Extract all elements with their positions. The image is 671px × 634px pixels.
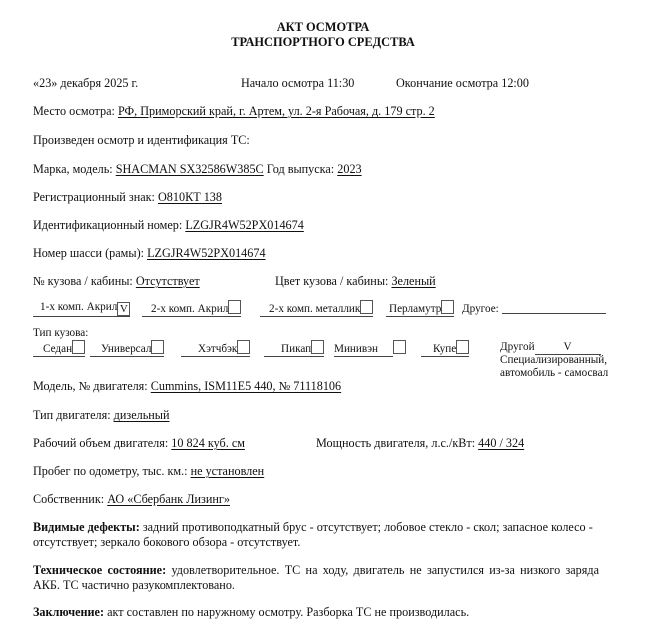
- mileage-value: не установлен: [191, 464, 265, 478]
- engine-model-value: Cummins, ISM11E5 440, № 71118106: [151, 379, 341, 393]
- engine-type-row: Тип двигателя: дизельный: [33, 408, 170, 423]
- make-model-row: Марка, модель: SHACMAN SX32586W385C Год …: [33, 162, 362, 177]
- inspection-date: «23» декабря 2025 г.: [33, 76, 138, 91]
- body-type-other: ДругойV: [500, 340, 601, 355]
- make-model-value: SHACMAN SX32586W385C: [116, 162, 264, 176]
- conclusion-label: Заключение:: [33, 605, 104, 619]
- vin-label: Идентификационный номер:: [33, 218, 182, 232]
- body-number-value: Отсутствует: [136, 274, 200, 288]
- paint-option-3[interactable]: 2-х комп. металлик: [260, 300, 373, 317]
- paint-option-label: 2-х комп. металлик: [269, 303, 360, 315]
- body-number-row: № кузова / кабины: Отсутствует: [33, 274, 200, 289]
- body-type-option-label: Минивэн: [334, 343, 378, 355]
- mileage-label: Пробег по одометру, тыс. км.:: [33, 464, 188, 478]
- checkbox[interactable]: [456, 340, 469, 354]
- body-type-sedan[interactable]: Седан: [33, 340, 85, 357]
- paint-option-4[interactable]: Перламутр: [386, 300, 454, 317]
- engine-model-label: Модель, № двигателя:: [33, 379, 148, 393]
- paint-option-label: 2-х комп. Акрил: [151, 303, 228, 315]
- conclusion-paragraph: Заключение: акт составлен по наружному о…: [33, 605, 599, 620]
- chassis-value: LZGJR4W52PX014674: [147, 246, 266, 260]
- paint-other-field[interactable]: [502, 300, 606, 314]
- checkbox[interactable]: [311, 340, 324, 354]
- owner-value: АО «Сбербанк Лизинг»: [107, 492, 230, 506]
- engine-type-value: дизельный: [114, 408, 170, 422]
- engine-type-label: Тип двигателя:: [33, 408, 111, 422]
- checkbox[interactable]: [441, 300, 454, 314]
- checkbox[interactable]: [151, 340, 164, 354]
- body-type-other-text-1: Специализированный,: [500, 354, 607, 366]
- inspection-start: Начало осмотра 11:30: [241, 76, 354, 91]
- defects-label: Видимые дефекты:: [33, 520, 140, 534]
- body-number-label: № кузова / кабины:: [33, 274, 133, 288]
- document-title-line1: АКТ ОСМОТРА: [0, 20, 646, 35]
- body-color-label: Цвет кузова / кабины:: [275, 274, 388, 288]
- make-model-label: Марка, модель:: [33, 162, 113, 176]
- intro-text: Произведен осмотр и идентификация ТС:: [33, 133, 250, 148]
- engine-power-label: Мощность двигателя, л.с./кВт:: [316, 436, 475, 450]
- owner-label: Собственник:: [33, 492, 104, 506]
- paint-option-label: Перламутр: [389, 303, 441, 315]
- body-type-other-label: Другой: [500, 341, 535, 353]
- body-type-minivan[interactable]: Минивэн: [334, 340, 406, 357]
- body-type-wagon[interactable]: Универсал: [90, 340, 164, 357]
- body-type-other-text-2: автомобиль - самосвал: [500, 367, 608, 379]
- owner-row: Собственник: АО «Сбербанк Лизинг»: [33, 492, 230, 507]
- engine-model-row: Модель, № двигателя: Cummins, ISM11E5 44…: [33, 379, 341, 394]
- body-type-option-label: Универсал: [101, 343, 151, 355]
- chassis-row: Номер шасси (рамы): LZGJR4W52PX014674: [33, 246, 266, 261]
- place-label: Место осмотра:: [33, 104, 115, 118]
- engine-volume-row: Рабочий объем двигателя: 10 824 куб. см: [33, 436, 245, 451]
- body-type-option-label: Пикап: [281, 343, 311, 355]
- body-type-pickup[interactable]: Пикап: [264, 340, 324, 357]
- engine-volume-value: 10 824 куб. см: [171, 436, 245, 450]
- place-value: РФ, Приморский край, г. Артем, ул. 2-я Р…: [118, 104, 435, 118]
- chassis-label: Номер шасси (рамы):: [33, 246, 144, 260]
- checkbox[interactable]: [237, 340, 250, 354]
- engine-volume-label: Рабочий объем двигателя:: [33, 436, 168, 450]
- tech-state-label: Техническое состояние:: [33, 563, 166, 577]
- year-value: 2023: [337, 162, 361, 176]
- body-type-coupe[interactable]: Купе: [421, 340, 469, 357]
- reg-plate-row: Регистрационный знак: О810КТ 138: [33, 190, 222, 205]
- reg-plate-value: О810КТ 138: [158, 190, 222, 204]
- defects-paragraph: Видимые дефекты: задний противоподкатный…: [33, 520, 599, 550]
- place-row: Место осмотра: РФ, Приморский край, г. А…: [33, 104, 435, 119]
- body-type-hatchback[interactable]: Хэтчбэк: [181, 340, 250, 357]
- body-type-label: Тип кузова:: [33, 327, 88, 339]
- paint-option-2[interactable]: 2-х комп. Акрил: [142, 300, 241, 317]
- mileage-row: Пробег по одометру, тыс. км.: не установ…: [33, 464, 264, 479]
- checkbox[interactable]: [228, 300, 241, 314]
- body-type-option-label: Хэтчбэк: [198, 343, 237, 355]
- engine-power-row: Мощность двигателя, л.с./кВт: 440 / 324: [316, 436, 524, 451]
- body-type-option-label: Седан: [43, 343, 72, 355]
- reg-plate-label: Регистрационный знак:: [33, 190, 155, 204]
- vin-value: LZGJR4W52PX014674: [185, 218, 304, 232]
- document-title-line2: ТРАНСПОРТНОГО СРЕДСТВА: [0, 35, 646, 50]
- inspection-end: Окончание осмотра 12:00: [396, 76, 529, 91]
- vin-row: Идентификационный номер: LZGJR4W52PX0146…: [33, 218, 304, 233]
- body-type-option-label: Купе: [433, 343, 456, 355]
- year-label: Год выпуска:: [267, 162, 334, 176]
- checkbox[interactable]: [360, 300, 373, 314]
- checkbox-checked[interactable]: V: [117, 302, 130, 316]
- paint-other: Другое:: [462, 300, 606, 315]
- paint-other-label: Другое:: [462, 303, 499, 315]
- engine-power-value: 440 / 324: [478, 436, 524, 450]
- body-color-value: Зеленый: [391, 274, 435, 288]
- checkbox[interactable]: [393, 340, 406, 354]
- checkbox[interactable]: [72, 340, 85, 354]
- body-type-other-mark[interactable]: V: [535, 340, 601, 355]
- body-color-row: Цвет кузова / кабины: Зеленый: [275, 274, 436, 289]
- tech-state-paragraph: Техническое состояние: удовлетворительно…: [33, 563, 599, 593]
- paint-option-1[interactable]: 1-х комп. АкрилV: [33, 300, 130, 317]
- conclusion-text: акт составлен по наружному осмотру. Разб…: [107, 605, 469, 619]
- paint-option-label: 1-х комп. Акрил: [40, 301, 117, 313]
